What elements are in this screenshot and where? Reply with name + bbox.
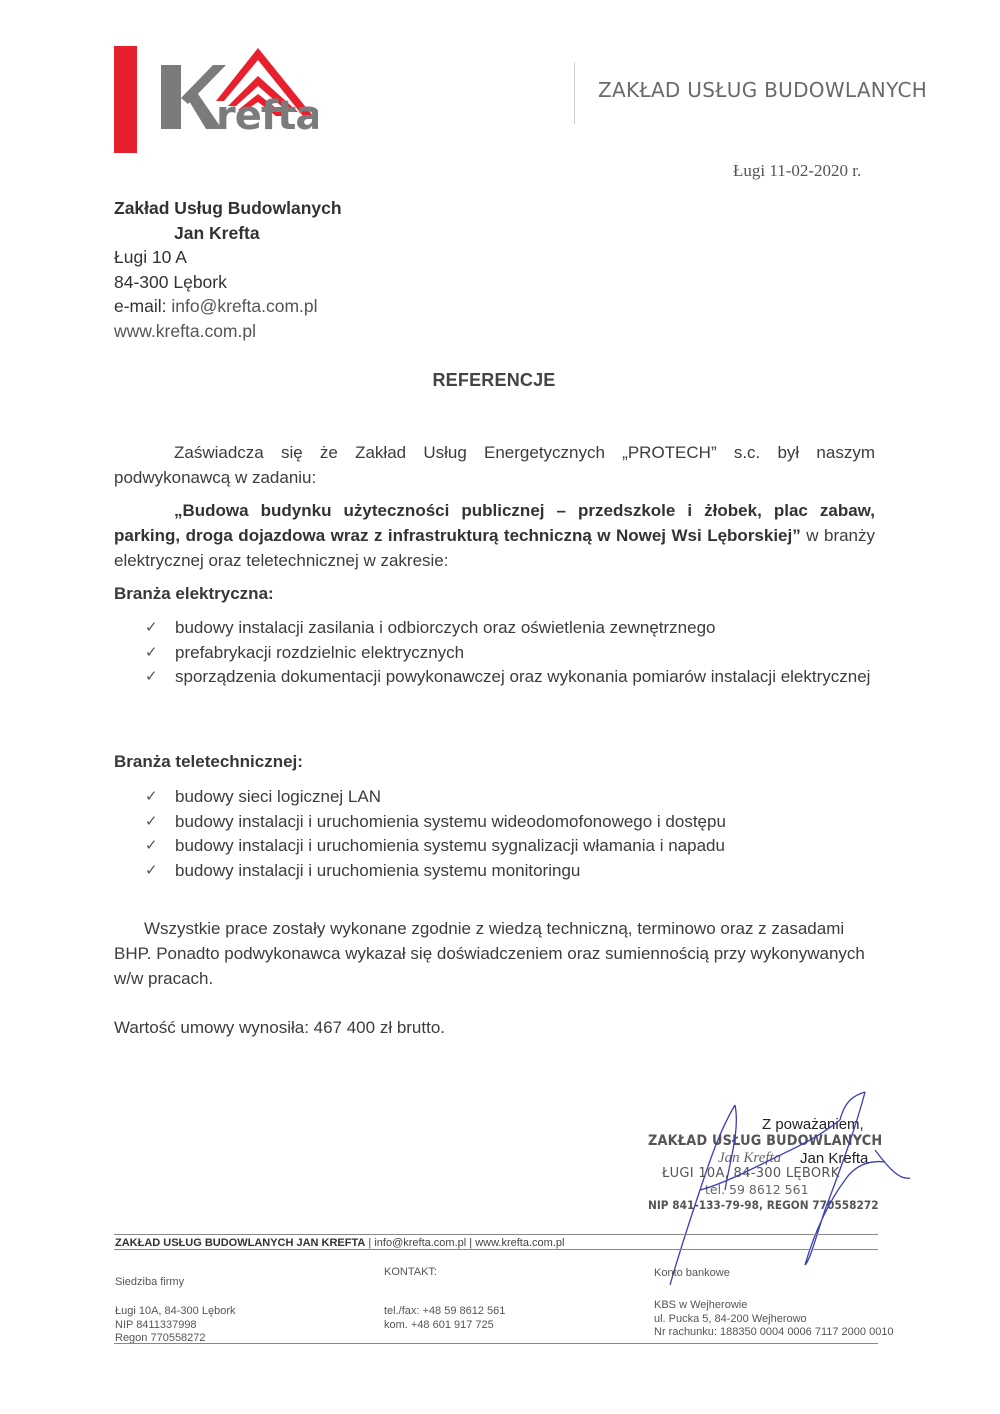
footer-email-link[interactable]: info@krefta.com.pl [374, 1237, 466, 1249]
intro-paragraph: Zaświadcza się że Zakład Usług Energetyc… [114, 440, 875, 490]
list-item: ✓ budowy instalacji i uruchomienia syste… [145, 834, 875, 859]
footer-contact-label: KONTAKT: [384, 1266, 437, 1280]
sender-city: 84-300 Lębork [114, 270, 342, 295]
sender-company: Zakład Usług Budowlanych [114, 196, 342, 221]
section-heading-telecom: Branża teletechnicznej: [114, 752, 303, 772]
footer-bank-label: Konto bankowe [654, 1267, 730, 1281]
contract-value: Wartość umowy wynosiła: 467 400 zł brutt… [114, 1015, 875, 1040]
header-divider [574, 62, 575, 124]
footer-company-line: ZAKŁAD USŁUG BUDOWLANYCH JAN KREFTA | in… [115, 1237, 564, 1249]
sender-email-link[interactable]: info@krefta.com.pl [171, 296, 317, 316]
task-name: „Budowa budynku użyteczności publicznej … [114, 501, 875, 545]
section-heading-electrical: Branża elektryczna: [114, 584, 274, 604]
footer-seat-details: Ługi 10A, 84-300 Lębork NIP 8411337998 R… [115, 1305, 235, 1346]
telecom-scope-list: ✓ budowy sieci logicznej LAN ✓ budowy in… [145, 785, 875, 883]
footer-contact-details: tel./fax: +48 59 8612 561 kom. +48 601 9… [384, 1305, 505, 1332]
check-icon: ✓ [145, 810, 175, 835]
logo-wordmark: refta [216, 93, 318, 136]
footer-bank-details: KBS w Wejherowie ul. Pucka 5, 84-200 Wej… [654, 1299, 894, 1340]
footer-seat-label: Siedziba firmy [115, 1276, 184, 1290]
check-icon: ✓ [145, 616, 175, 641]
sender-street: Ługi 10 A [114, 245, 342, 270]
check-icon: ✓ [145, 641, 175, 666]
footer-bottom-rule [114, 1343, 878, 1344]
document-title: REFERENCJE [0, 370, 988, 391]
check-icon: ✓ [145, 785, 175, 810]
letter-date: Ługi 11-02-2020 r. [733, 161, 861, 181]
footer-mid-rule [114, 1249, 878, 1250]
list-item: ✓ budowy sieci logicznej LAN [145, 785, 875, 810]
electrical-scope-list: ✓ budowy instalacji zasilania i odbiorcz… [145, 616, 875, 690]
check-icon: ✓ [145, 834, 175, 859]
krefta-logo: refta [158, 46, 318, 136]
header-company-name: ZAKŁAD USŁUG BUDOWLANYCH [598, 78, 927, 102]
footer-top-rule [114, 1234, 878, 1235]
task-paragraph: „Budowa budynku użyteczności publicznej … [114, 498, 875, 573]
list-item: ✓ prefabrykacji rozdzielnic elektrycznyc… [145, 641, 875, 666]
sender-owner: Jan Krefta [114, 221, 342, 246]
check-icon: ✓ [145, 859, 175, 884]
footer-company: ZAKŁAD USŁUG BUDOWLANYCH JAN KREFTA [115, 1237, 365, 1249]
email-label: e-mail: [114, 296, 167, 316]
closing-paragraph: Wszystkie prace zostały wykonane zgodnie… [114, 916, 884, 991]
logo-red-bar [114, 46, 137, 153]
sender-block: Zakład Usług Budowlanych Jan Krefta Ługi… [114, 196, 342, 344]
sender-website-link[interactable]: www.krefta.com.pl [114, 319, 342, 344]
list-item: ✓ budowy instalacji i uruchomienia syste… [145, 859, 875, 884]
list-item: ✓ sporządzenia dokumentacji powykonawcze… [145, 665, 875, 690]
sender-email-line: e-mail: info@krefta.com.pl [114, 294, 342, 319]
list-item: ✓ budowy instalacji i uruchomienia syste… [145, 810, 875, 835]
check-icon: ✓ [145, 665, 175, 690]
list-item: ✓ budowy instalacji zasilania i odbiorcz… [145, 616, 875, 641]
footer-website-link[interactable]: www.krefta.com.pl [475, 1237, 564, 1249]
